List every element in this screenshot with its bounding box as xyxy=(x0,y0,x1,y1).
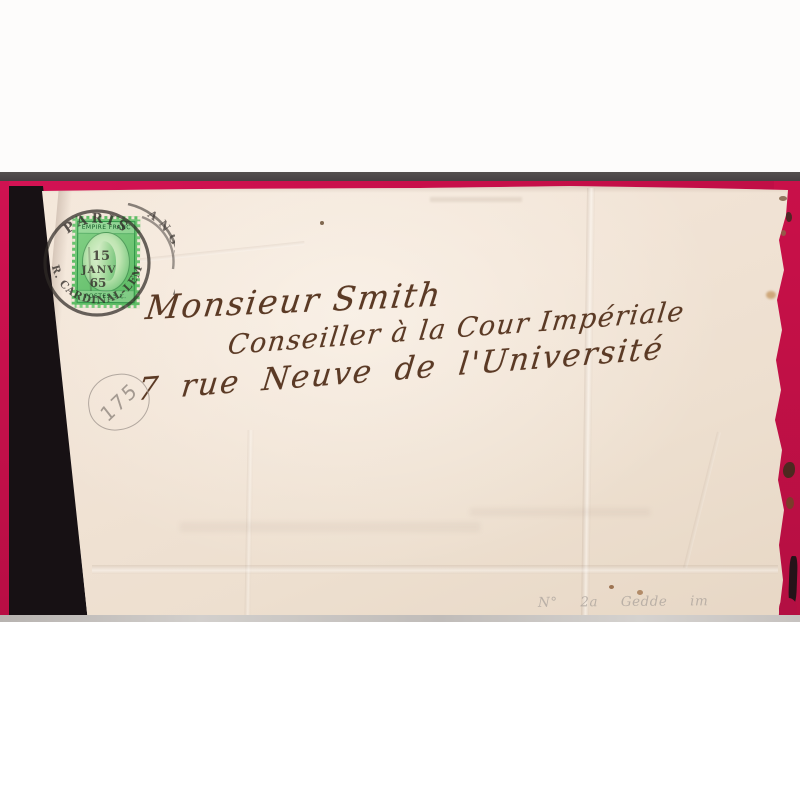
circled-number-text: 175 xyxy=(96,377,143,427)
ink-showthrough xyxy=(470,508,650,516)
ink-showthrough xyxy=(180,522,480,532)
scanned-cover-page: EMPIRE FRANC POSTES 5 C. PARIS R. CARDI xyxy=(0,0,800,800)
top-edge-marks xyxy=(430,197,522,202)
svg-text:PARIS: PARIS xyxy=(61,211,134,238)
stain-spot xyxy=(637,590,643,595)
stain-spot xyxy=(320,221,324,225)
postmark-top-arc-text: PARIS xyxy=(61,211,134,238)
pencil-dealer-note: N° 2a Gedde im xyxy=(538,593,708,610)
torn-edge-mark xyxy=(781,230,786,236)
postmark-date-day: 15 xyxy=(92,249,110,264)
mat-left-band xyxy=(0,181,9,622)
stain-spot xyxy=(786,497,794,509)
postmark-date-year: 65 xyxy=(90,276,107,290)
stain-spot xyxy=(766,291,776,299)
torn-edge-mark xyxy=(779,196,787,201)
horizontal-fold-crease xyxy=(92,565,778,574)
cover-photo: EMPIRE FRANC POSTES 5 C. PARIS R. CARDI xyxy=(0,0,800,622)
stain-spot xyxy=(609,585,614,589)
photo-bottom-shadow-edge xyxy=(0,615,800,622)
postmark-date-month: JANV xyxy=(81,264,117,276)
torn-edge-mark xyxy=(786,212,792,222)
